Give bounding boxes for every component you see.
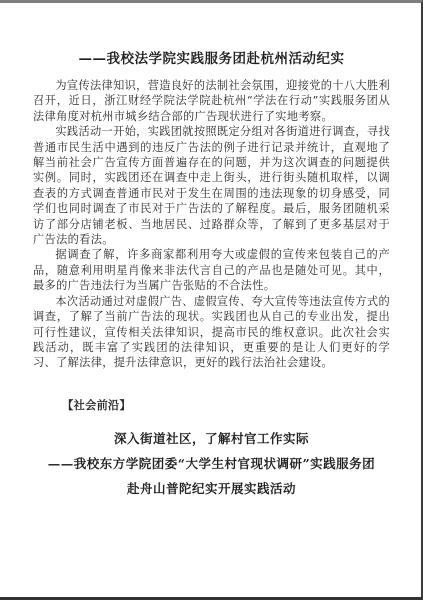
next-article-heading-line1: 深入街道社区，了解村官工作实际 xyxy=(33,426,390,451)
article-paragraph: 实践活动一开始，实践团就按照既定分组对各街道进行调查，寻找普通市民生活中遇到的违… xyxy=(33,124,390,247)
next-article-heading-line2: ——我校东方学院团委“大学生村官现状调研”实践服务团 xyxy=(33,451,390,476)
article-paragraph: 为宣传法律知识，营造良好的法制社会氛围，迎接党的十八大胜利召开，近日，浙江财经学… xyxy=(33,78,390,124)
document-page: ——我校法学院实践服务团赴杭州活动纪实 为宣传法律知识，营造良好的法制社会氛围，… xyxy=(0,0,423,600)
page-content: ——我校法学院实践服务团赴杭州活动纪实 为宣传法律知识，营造良好的法制社会氛围，… xyxy=(0,3,421,501)
next-article-heading-line3: 赴舟山普陀纪实开展实践活动 xyxy=(33,476,390,501)
article-paragraph: 本次活动通过对虚假广告、虚假宣传、夸大宣传等违法宣传方式的调查，了解了当前广告法… xyxy=(33,294,390,371)
article-paragraph: 据调查了解，许多商家都利用夸大或虚假的宣传来包装自己的产品，随意利用明星肖像来非… xyxy=(33,247,390,293)
section-label: 【社会前沿】 xyxy=(33,397,390,413)
article-title: ——我校法学院实践服务团赴杭州活动纪实 xyxy=(33,47,390,67)
next-article-headings: 深入街道社区，了解村官工作实际 ——我校东方学院团委“大学生村官现状调研”实践服… xyxy=(33,426,390,501)
